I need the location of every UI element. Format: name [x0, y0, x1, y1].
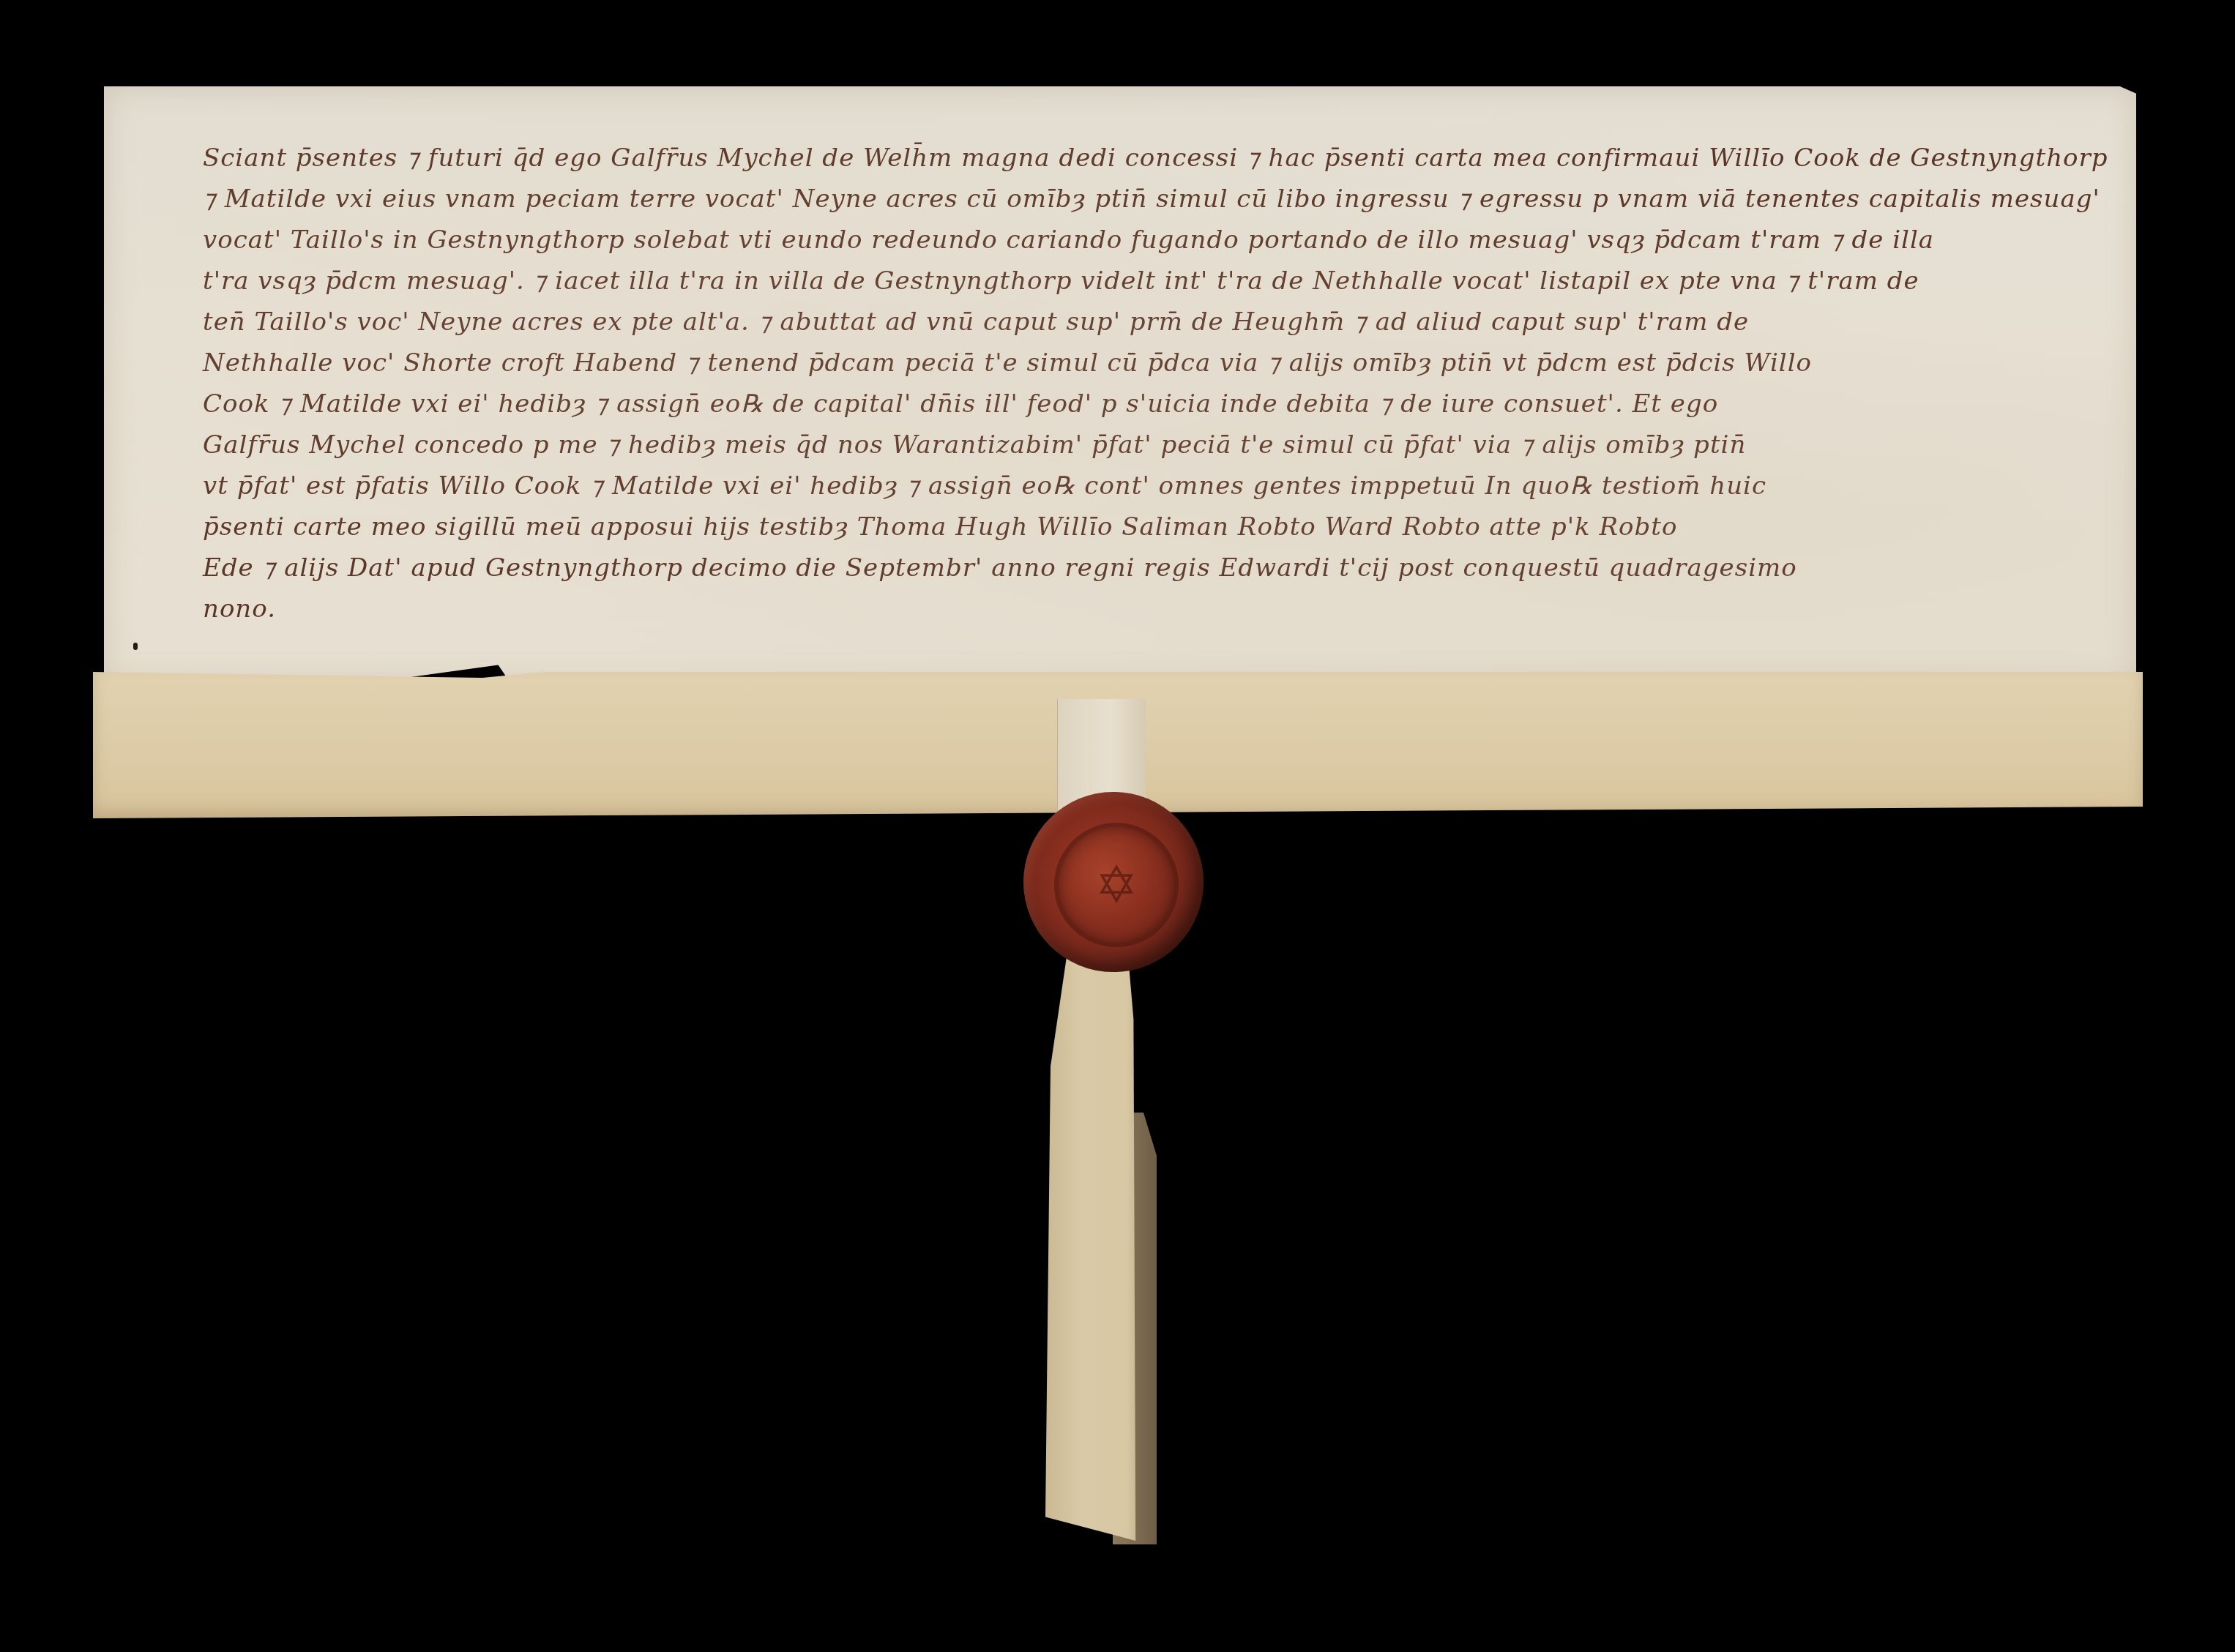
text-line: Sciant p̄sentes ⁊ futuri q̄d ego Galfr̄u…: [203, 138, 2106, 179]
charter-text: Sciant p̄sentes ⁊ futuri q̄d ego Galfr̄u…: [203, 138, 2106, 629]
seal-impression: ✡: [1054, 823, 1179, 947]
text-line: vt p̄fat' est p̄fatis Willo Cook ⁊ Matil…: [203, 466, 2106, 507]
text-line: Cook ⁊ Matilde vxi ei' hedibȝ ⁊ assign̄ …: [203, 384, 2106, 425]
text-line: ⁊ Matilde vxi eius vnam peciam terre voc…: [203, 179, 2106, 220]
text-line: ten̄ Taillo's voc' Neyne acres ex pte al…: [203, 302, 2106, 343]
text-line: vocat' Taillo's in Gestnyngthorp solebat…: [203, 220, 2106, 261]
text-line: nono.: [203, 588, 2106, 629]
seal-device-icon: ✡: [1059, 827, 1174, 943]
text-line: Nethhalle voc' Shorte croft Habend ⁊ ten…: [203, 343, 2106, 384]
charter-parchment: Sciant p̄sentes ⁊ futuri q̄d ego Galfr̄u…: [104, 86, 2136, 683]
wax-seal: ✡: [1023, 792, 1204, 972]
text-line: p̄senti carte meo sigillū meū apposui hi…: [203, 507, 2106, 547]
text-line: t'ra vsqȝ p̄dcm mesuag'. ⁊ iacet illa t'…: [203, 261, 2106, 302]
ink-blot: [133, 643, 138, 650]
text-line: Ede ⁊ alijs Dat' apud Gestnyngthorp deci…: [203, 547, 2106, 588]
seal-tag-lower: [1045, 948, 1148, 1541]
text-line: Galfr̄us Mychel concedo p me ⁊ hedibȝ me…: [203, 425, 2106, 466]
